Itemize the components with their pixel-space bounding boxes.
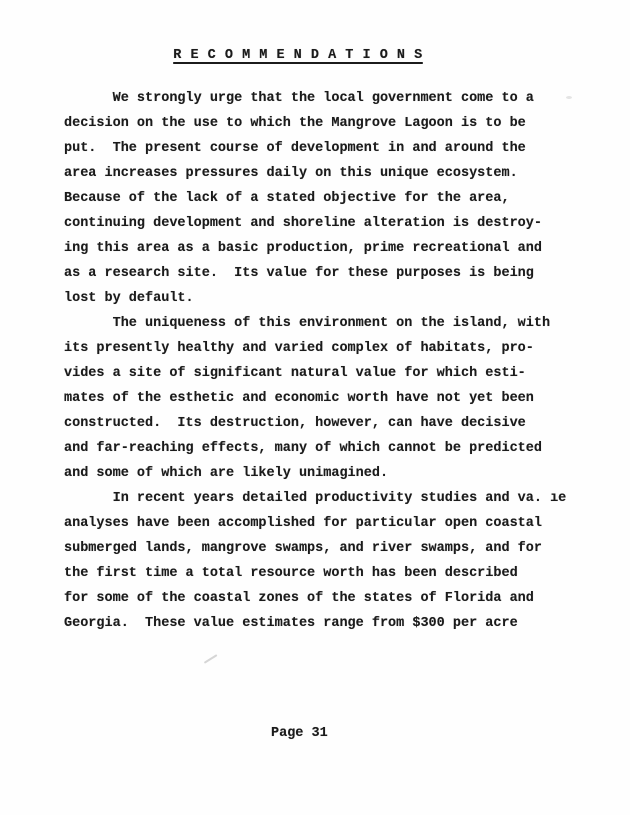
document-heading: R E C O M M E N D A T I O N S [64, 48, 532, 63]
page-number: Page 31 [271, 726, 328, 741]
paragraph-3: In recent years detailed productivity st… [64, 486, 574, 636]
paragraph-2: The uniqueness of this environment on th… [64, 311, 574, 486]
scanned-document-page: R E C O M M E N D A T I O N S We strongl… [0, 0, 630, 815]
document-body: We strongly urge that the local governme… [64, 86, 574, 636]
paragraph-1: We strongly urge that the local governme… [64, 86, 574, 311]
scan-artifact-scratch [204, 654, 218, 663]
scan-artifact-smudge [566, 96, 572, 99]
